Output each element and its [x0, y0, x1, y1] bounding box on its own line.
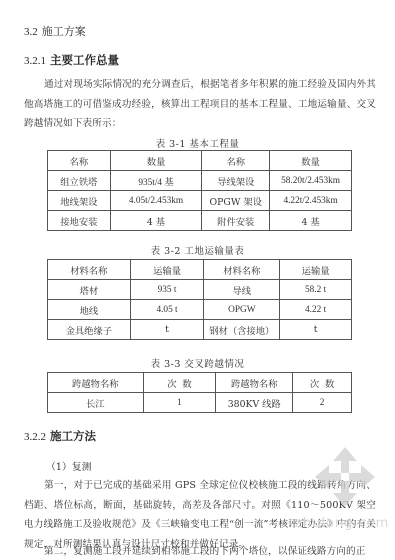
intro-paragraph: 通过对现场实际情况的充分调查后，根据笔者多年积累的施工经验及国内外其他高塔施工的…: [24, 75, 376, 134]
table-cell: 金具绝缘子: [48, 320, 131, 340]
table2-caption: 表 3-2 工地运输量表: [0, 243, 395, 257]
table-header-cell: 名称: [48, 151, 111, 171]
table-cell: 组立铁塔: [48, 171, 111, 191]
table-cell: OPGW: [204, 300, 280, 320]
table-header-cell: 运输量: [130, 260, 204, 280]
table-cell: 4.05t/2.453km: [110, 191, 202, 211]
table3-caption: 表 3-3 交叉跨越情况: [0, 356, 395, 370]
table-header-cell: 跨越物名称: [216, 373, 293, 393]
table-header-cell: 次 数: [293, 373, 352, 393]
table-header-cell: 运输量: [280, 260, 352, 280]
table-transport-volume: 材料名称 运输量 材料名称 运输量 塔材 935 t 导线 58.2 t 地线 …: [47, 259, 352, 340]
table-cell: 4.22t/2.453km: [270, 191, 352, 211]
table-cell: 附件安装: [202, 211, 270, 231]
table-cell: 塔材: [48, 280, 131, 300]
section-title: 施工方案: [42, 25, 86, 38]
table-header-cell: 名称: [202, 151, 270, 171]
watermark-text: zhulong.com: [295, 516, 389, 531]
subsection-heading-2: 3.2.2施工方法: [24, 428, 96, 444]
table-basic-quantities: 名称 数量 名称 数量 组立铁塔 935t/4 基 导线架设 58.20t/2.…: [47, 150, 352, 231]
subsection-number: 3.2.1: [24, 55, 46, 67]
table-cell: 长江: [48, 393, 144, 413]
subsection-title: 主要工作总量: [50, 53, 119, 67]
table1-caption: 表 3-1 基本工程量: [0, 136, 395, 150]
paragraph-text: 第二，复测施工段并延续到相邻施工段的下两个塔位，以保证线路方向的正: [44, 546, 366, 557]
table-row: 组立铁塔 935t/4 基 导线架设 58.20t/2.453km: [48, 171, 352, 191]
table-header-cell: 材料名称: [204, 260, 280, 280]
table-header-cell: 跨越物名称: [48, 373, 144, 393]
zhulong-logo-icon: [315, 447, 375, 507]
table-cell: 4.05 t: [130, 300, 204, 320]
table-cell: 接地安装: [48, 211, 111, 231]
table-cell: 导线: [204, 280, 280, 300]
table-header-cell: 次 数: [143, 373, 216, 393]
table-cell: 地线架设: [48, 191, 111, 211]
subsection-heading-1: 3.2.1主要工作总量: [24, 52, 119, 68]
table-cell: 2: [293, 393, 352, 413]
intro-text: 通过对现场实际情况的充分调查后，根据笔者多年积累的施工经验及国内外其他高塔施工的…: [24, 79, 376, 129]
table-row: 长江 1 380KV 线路 2: [48, 393, 352, 413]
table-cell: OPGW 架设: [202, 191, 270, 211]
table-row: 地线 4.05 t OPGW 4.22 t: [48, 300, 352, 320]
table-cell: 935t/4 基: [110, 171, 202, 191]
section-heading: 3.2施工方案: [24, 23, 86, 39]
table-cell: 钢材（含接地）: [204, 320, 280, 340]
subsection-title: 施工方法: [50, 429, 96, 443]
table-header-cell: 数量: [270, 151, 352, 171]
table-cell: 4.22 t: [280, 300, 352, 320]
table-row: 塔材 935 t 导线 58.2 t: [48, 280, 352, 300]
table-cell: 4 基: [270, 211, 352, 231]
table-cell: 58.20t/2.453km: [270, 171, 352, 191]
subsection-number: 3.2.2: [24, 431, 46, 443]
table-cell: 4 基: [110, 211, 202, 231]
table-row: 地线架设 4.05t/2.453km OPGW 架设 4.22t/2.453km: [48, 191, 352, 211]
table-row: 跨越物名称 次 数 跨越物名称 次 数: [48, 373, 352, 393]
table-row: 材料名称 运输量 材料名称 运输量: [48, 260, 352, 280]
section-number: 3.2: [24, 26, 38, 38]
item-title-resurvey: （1）复测: [46, 459, 91, 473]
table-cell: t: [130, 320, 204, 340]
table-cell: 地线: [48, 300, 131, 320]
table-cell: t: [280, 320, 352, 340]
table-cell: 1: [143, 393, 216, 413]
table-crossings: 跨越物名称 次 数 跨越物名称 次 数 长江 1 380KV 线路 2: [47, 372, 352, 413]
table-row: 金具绝缘子 t 钢材（含接地） t: [48, 320, 352, 340]
table-cell: 380KV 线路: [216, 393, 293, 413]
paragraph-resurvey-2: 第二，复测施工段并延续到相邻施工段的下两个塔位，以保证线路方向的正: [24, 542, 376, 560]
table-header-cell: 材料名称: [48, 260, 131, 280]
table-row: 名称 数量 名称 数量: [48, 151, 352, 171]
table-cell: 58.2 t: [280, 280, 352, 300]
table-header-cell: 数量: [110, 151, 202, 171]
table-cell: 导线架设: [202, 171, 270, 191]
table-cell: 935 t: [130, 280, 204, 300]
table-row: 接地安装 4 基 附件安装 4 基: [48, 211, 352, 231]
